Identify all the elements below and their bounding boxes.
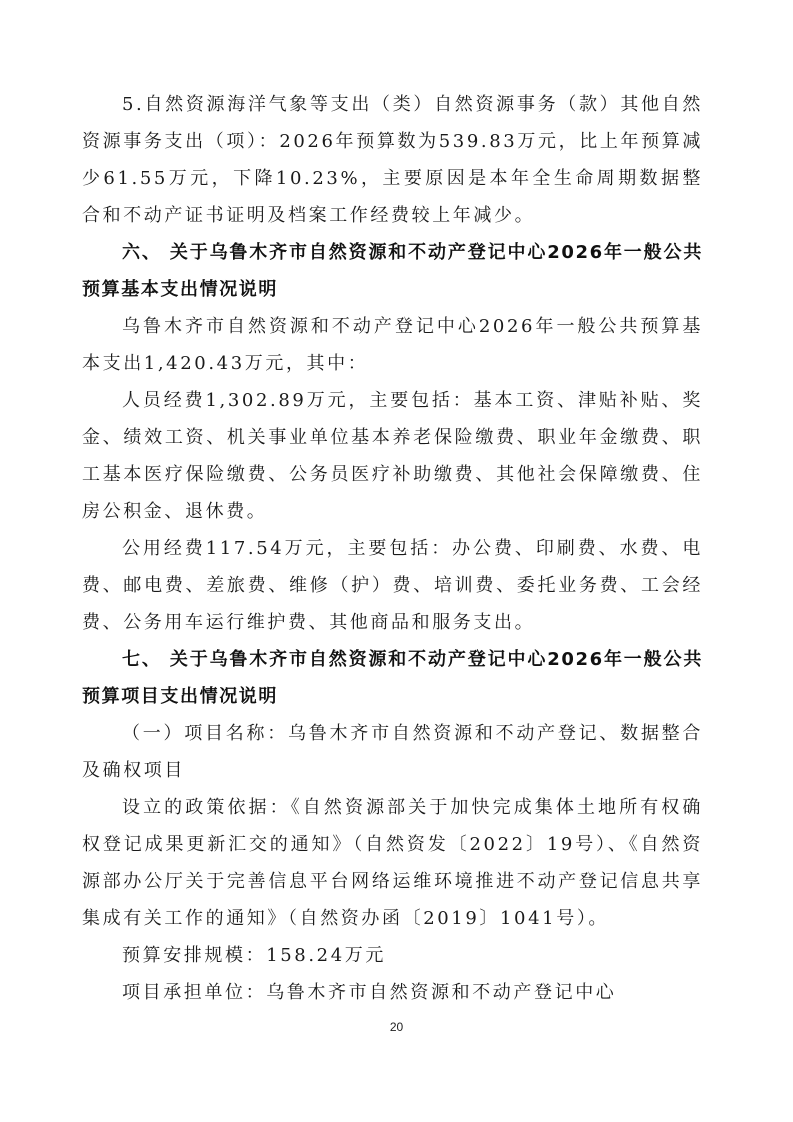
section-heading-6-basic-expenditure: 六、 关于乌鲁木齐市自然资源和不动产登记中心2026年一般公共预算基本支出情况说…: [82, 234, 703, 308]
paragraph-personnel-expenses: 人员经费1,302.89万元，主要包括：基本工资、津贴补贴、奖金、绩效工资、机关…: [82, 382, 703, 530]
document-page: 5.自然资源海洋气象等支出（类）自然资源事务（款）其他自然资源事务支出（项）：2…: [82, 86, 703, 1011]
paragraph-basic-expenditure-total: 乌鲁木齐市自然资源和不动产登记中心2026年一般公共预算基本支出1,420.43…: [82, 308, 703, 382]
paragraph-budget-scale: 预算安排规模：158.24万元: [82, 937, 703, 974]
paragraph-project-name: （一）项目名称：乌鲁木齐市自然资源和不动产登记、数据整合及确权项目: [82, 715, 703, 789]
paragraph-public-expenses: 公用经费117.54万元，主要包括：办公费、印刷费、水费、电费、邮电费、差旅费、…: [82, 530, 703, 641]
paragraph-item-5-expenditure: 5.自然资源海洋气象等支出（类）自然资源事务（款）其他自然资源事务支出（项）：2…: [82, 86, 703, 234]
page-number: 20: [0, 1020, 793, 1034]
paragraph-policy-basis: 设立的政策依据：《自然资源部关于加快完成集体土地所有权确权登记成果更新汇交的通知…: [82, 789, 703, 937]
section-heading-7-project-expenditure: 七、 关于乌鲁木齐市自然资源和不动产登记中心2026年一般公共预算项目支出情况说…: [82, 641, 703, 715]
paragraph-responsible-unit: 项目承担单位：乌鲁木齐市自然资源和不动产登记中心: [82, 974, 703, 1011]
